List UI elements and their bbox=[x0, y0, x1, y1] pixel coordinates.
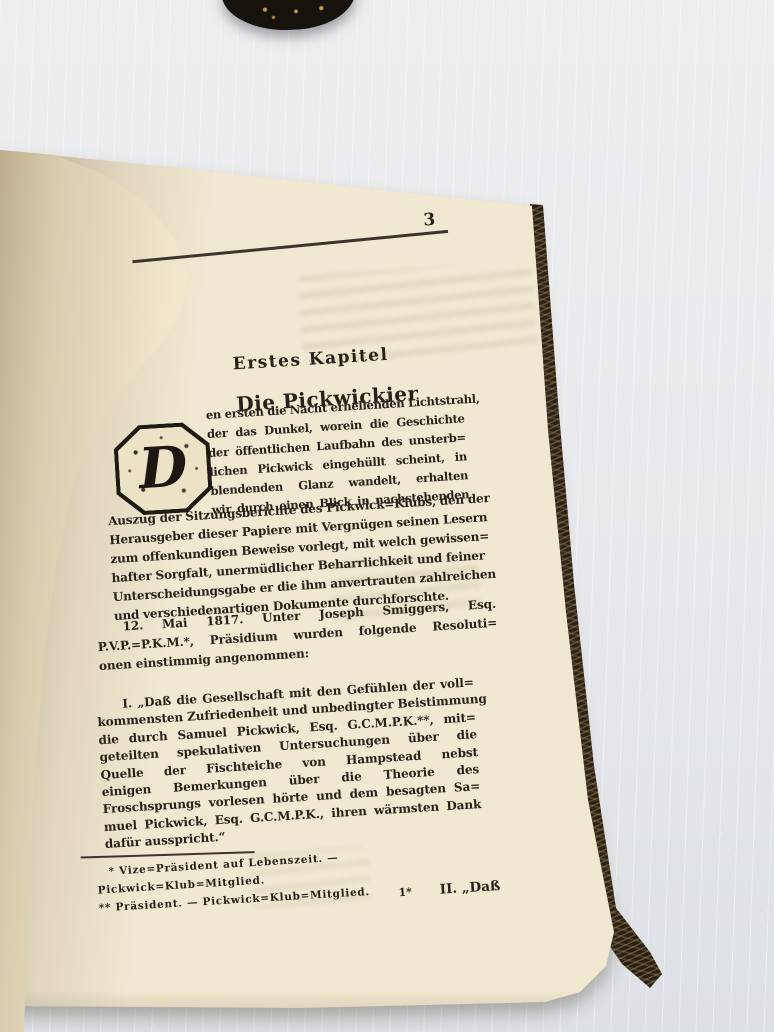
drop-cap-ornament: D bbox=[112, 421, 213, 517]
printed-text-block: 3 Erstes Kapitel Die Pickwickier D en er… bbox=[70, 176, 639, 1026]
header-rule bbox=[132, 230, 448, 263]
drop-cap-letter: D bbox=[117, 425, 210, 512]
resolution-one-paragraph: I. „Daß die Gesellschaft mit den Gefühle… bbox=[96, 674, 483, 853]
footnotes: * Vize=Präsident auf Lebenszeit. — Pickw… bbox=[96, 839, 495, 917]
chapter-kicker: Erstes Kapitel bbox=[232, 345, 389, 374]
catchword: II. „Daß bbox=[439, 878, 500, 898]
signature-mark: 1* bbox=[398, 885, 412, 899]
page-number: 3 bbox=[423, 210, 437, 231]
book-photograph: 3 Erstes Kapitel Die Pickwickier D en er… bbox=[0, 0, 774, 1032]
